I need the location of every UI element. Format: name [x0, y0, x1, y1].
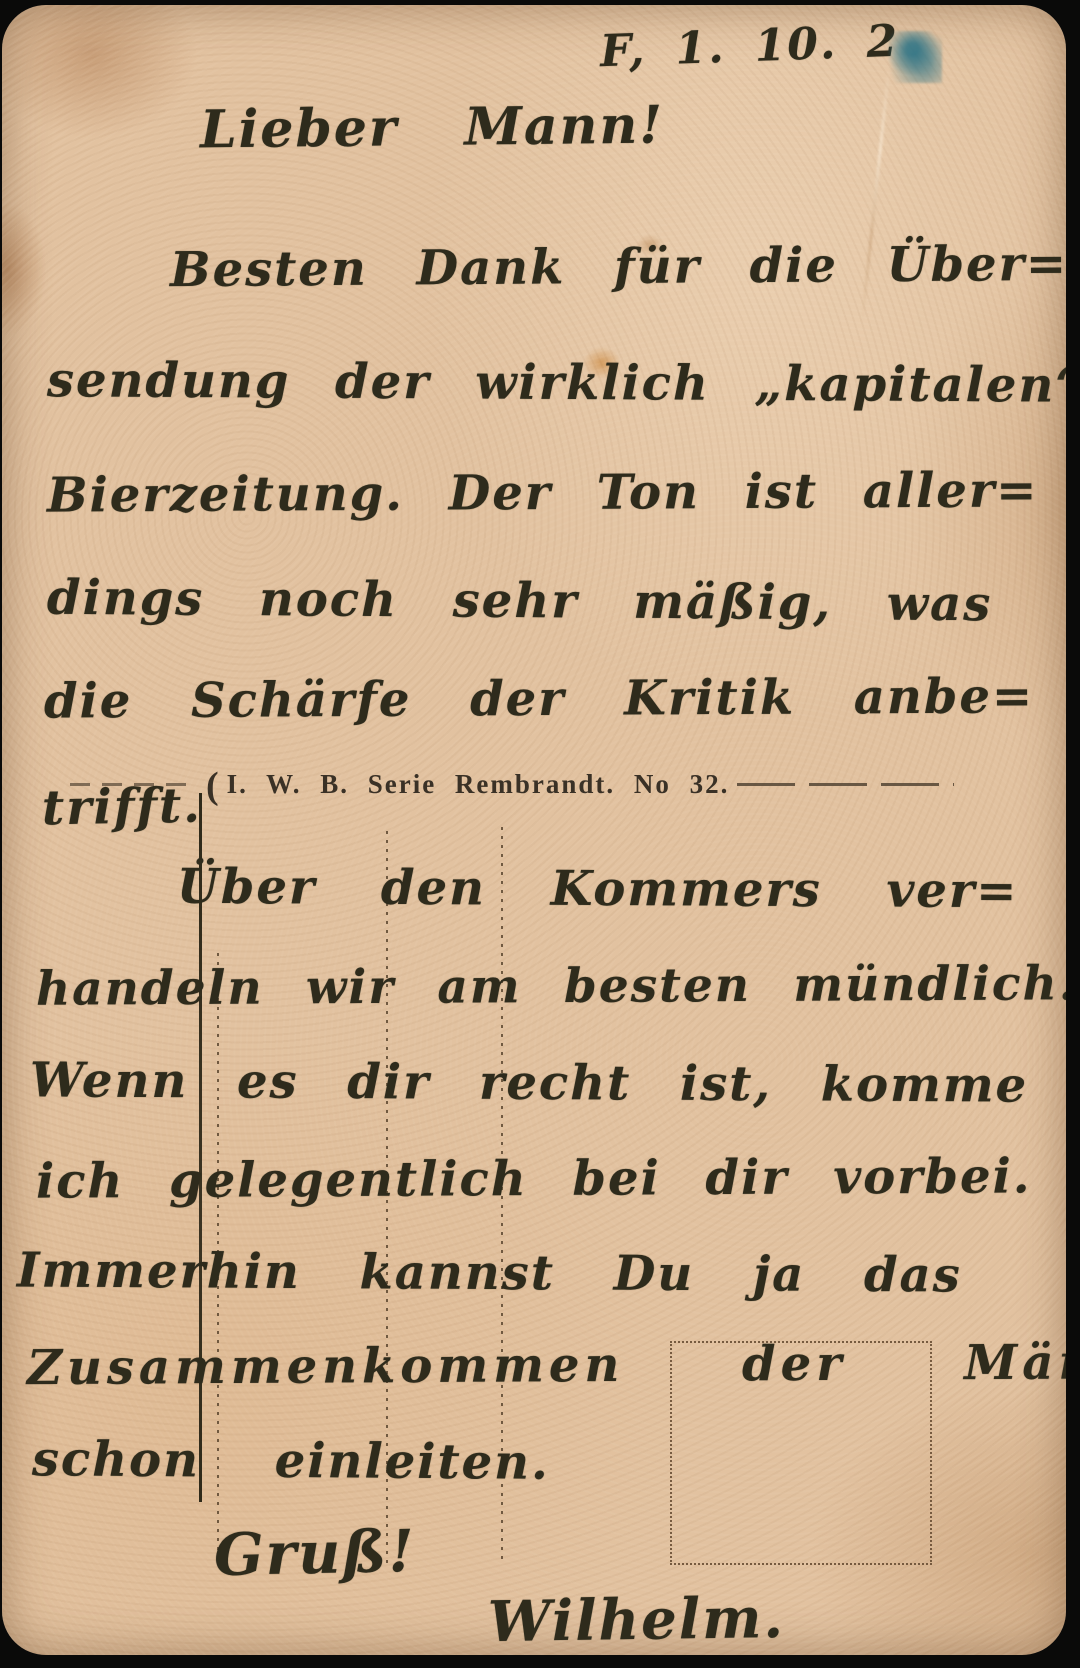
salutation-line: Lieber Mann! [200, 95, 665, 161]
handwriting-line: dings noch sehr mäßig, was [47, 570, 993, 633]
caption-text: I. W. B. Serie Rembrandt. No 32. [227, 769, 730, 800]
caption-dash-right [737, 783, 954, 786]
ink-smudge [888, 31, 942, 83]
handwriting-line: Immerhin kannst Du ja das [17, 1243, 962, 1304]
printed-series-caption: ( I. W. B. Serie Rembrandt. No 32. [70, 769, 954, 799]
caption-lead-mark: ( [206, 776, 219, 796]
postcard-scan: ( I. W. B. Serie Rembrandt. No 32. F, 1.… [2, 5, 1066, 1655]
handwriting-line: Wenn es dir recht ist, komme [30, 1052, 1028, 1113]
handwritten-date: F, 1. 10. 2 [599, 16, 900, 77]
signature: Wilhelm. [488, 1585, 786, 1655]
handwriting-line: die Schärfe der Kritik anbe= [44, 668, 1034, 729]
handwriting-line: Zusammenkommen der Männer [27, 1334, 1066, 1396]
handwriting-line: Bierzeitung. Der Ton ist aller= [47, 462, 1039, 523]
closing-line: Gruß! [213, 1517, 416, 1589]
handwriting-line: Besten Dank für die Über= [170, 236, 1066, 298]
handwriting-line: handeln wir am besten mündlich. [36, 956, 1066, 1016]
handwriting-line: trifft. [42, 778, 203, 837]
handwriting-line: ich gelegentlich bei dir vorbei. [36, 1148, 1032, 1209]
handwriting-line: Über den Kommers ver= [177, 859, 1019, 919]
handwriting-line: sendung der wirklich „kapitalen“ [47, 352, 1066, 413]
handwriting-line: schon einleiten. [32, 1431, 550, 1491]
